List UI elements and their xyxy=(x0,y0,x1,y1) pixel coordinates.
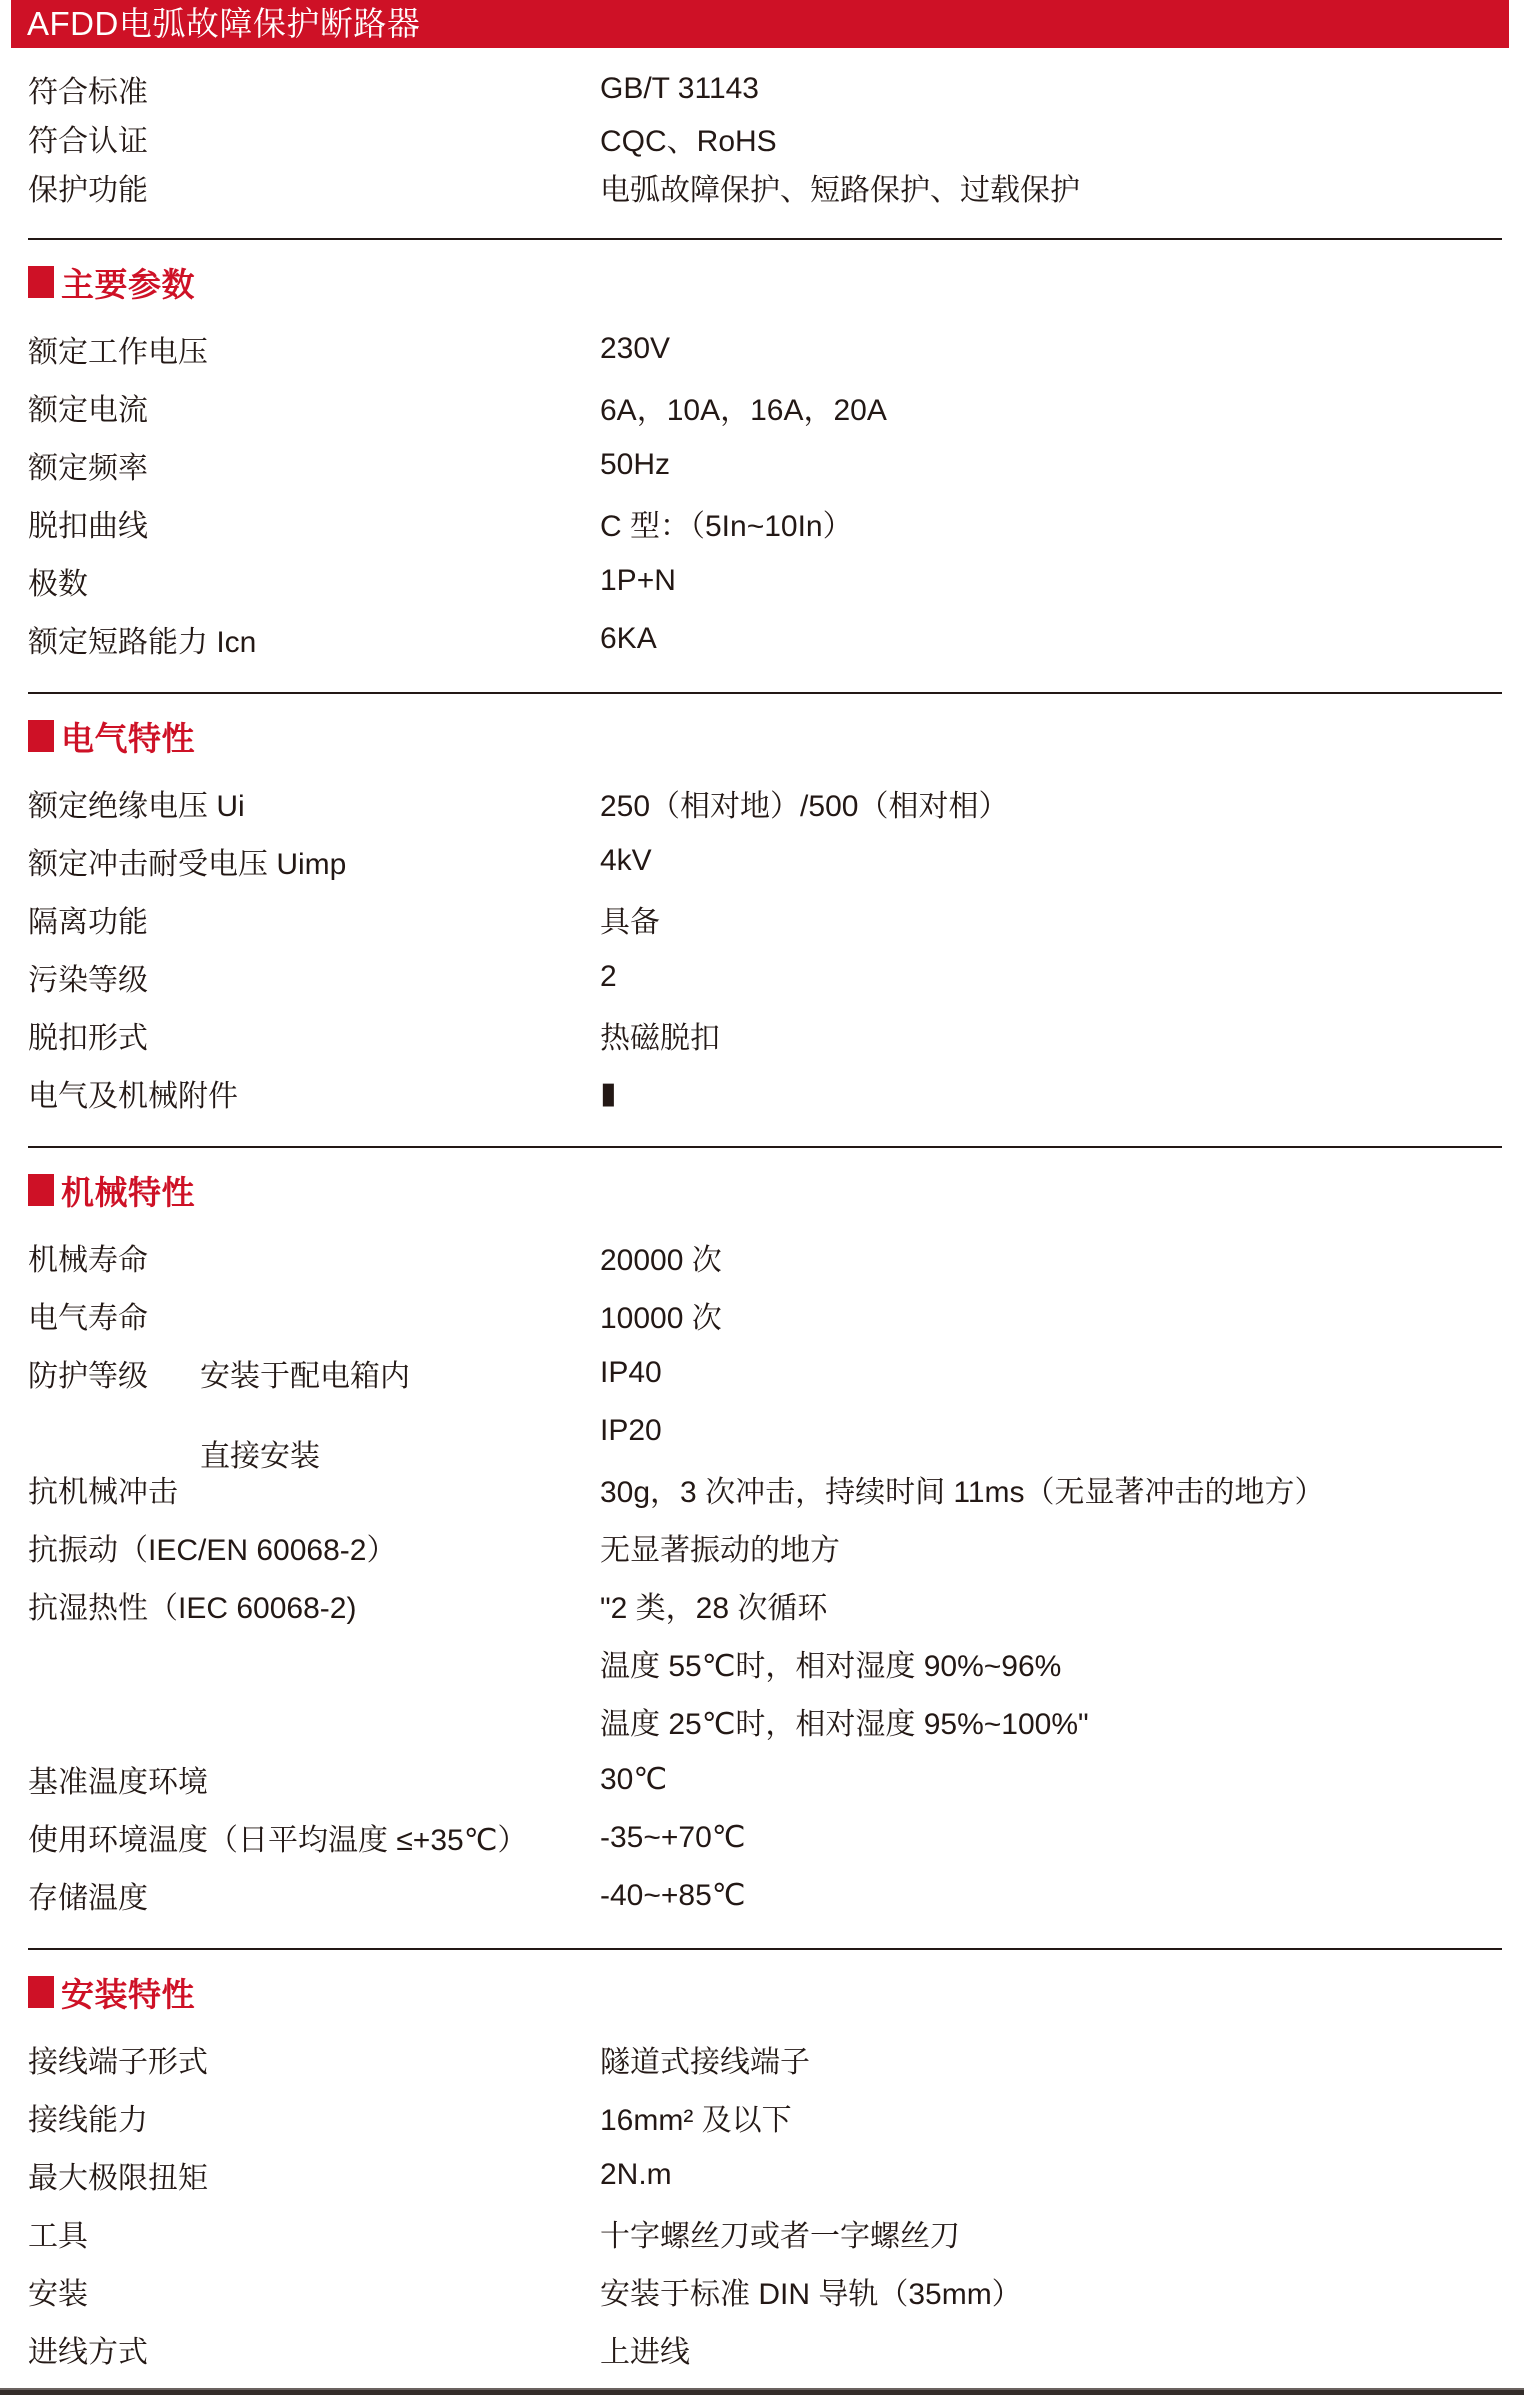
spec-value: 30℃ xyxy=(600,1762,1502,1797)
spec-value: 1P+N xyxy=(600,564,1502,598)
spec-row: 符合认证 CQC、RoHS xyxy=(28,113,1502,162)
spec-value: GB/T 31143 xyxy=(600,72,1502,106)
spec-label: 脱扣形式 xyxy=(28,1013,600,1057)
spec-sheet: AFDD电弧故障保护断路器 符合标准 GB/T 31143 符合认证 CQC、R… xyxy=(0,0,1524,2395)
spec-label: 额定绝缘电压 Ui xyxy=(28,781,600,825)
spec-row: 抗机械冲击 30g，3 次冲击，持续时间 11ms（无显著冲击的地方） xyxy=(28,1460,1502,1518)
spec-label: 接线端子形式 xyxy=(28,2037,600,2081)
section-title: 电气特性 xyxy=(28,718,1502,754)
section-title-text: 机械特性 xyxy=(61,1167,195,1214)
spec-row: 机械寿命 20000 次 xyxy=(28,1228,1502,1286)
spec-label: 污染等级 xyxy=(28,955,600,999)
spec-sublabel: 安装于配电箱内 xyxy=(200,1351,410,1395)
spec-row: 隔离功能 具备 xyxy=(28,890,1502,948)
divider xyxy=(28,238,1502,240)
header-bar: AFDD电弧故障保护断路器 xyxy=(11,0,1509,48)
spec-value: 十字螺丝刀或者一字螺丝刀 xyxy=(600,2211,1502,2255)
spec-row: 额定绝缘电压 Ui 250（相对地）/500（相对相） xyxy=(28,774,1502,832)
spec-value: 温度 25℃时，相对湿度 95%~100%" xyxy=(600,1699,1502,1743)
spec-value: 电弧故障保护、短路保护、过载保护 xyxy=(600,165,1502,209)
spec-row: 基准温度环境 30℃ xyxy=(28,1750,1502,1808)
spec-label: 额定短路能力 Icn xyxy=(28,617,600,661)
spec-label: 抗振动（IEC/EN 60068-2） xyxy=(28,1525,600,1569)
spec-label: 隔离功能 xyxy=(28,897,600,941)
section-electrical: 电气特性 额定绝缘电压 Ui 250（相对地）/500（相对相） 额定冲击耐受电… xyxy=(28,692,1502,1122)
spec-label: 抗机械冲击 xyxy=(28,1467,600,1511)
section-title: 安装特性 xyxy=(28,1974,1502,2010)
section-bullet-icon xyxy=(28,1976,54,2008)
spec-value: -40~+85℃ xyxy=(600,1878,1502,1913)
spec-value: 10000 次 xyxy=(600,1293,1502,1337)
spec-value: -35~+70℃ xyxy=(600,1820,1502,1855)
spec-label: 电气寿命 xyxy=(28,1293,600,1337)
spec-value: CQC、RoHS xyxy=(600,116,1502,160)
spec-value: 230V xyxy=(600,332,1502,366)
spec-label: 电气及机械附件 xyxy=(28,1071,600,1115)
section-mechanical: 机械特性 机械寿命 20000 次 电气寿命 10000 次 防护等级安装于配电… xyxy=(28,1146,1502,1924)
divider xyxy=(28,692,1502,694)
spec-row: 安装 安装于标准 DIN 导轨（35mm） xyxy=(28,2262,1502,2320)
spec-label: 机械寿命 xyxy=(28,1235,600,1279)
spec-row: 脱扣形式 热磁脱扣 xyxy=(28,1006,1502,1064)
spec-row: 污染等级 2 xyxy=(28,948,1502,1006)
spec-value: 30g，3 次冲击，持续时间 11ms（无显著冲击的地方） xyxy=(600,1467,1502,1511)
spec-label: 安装 xyxy=(28,2269,600,2313)
spec-row: 温度 55℃时，相对湿度 90%~96% xyxy=(28,1634,1502,1692)
section-bullet-icon xyxy=(28,1174,54,1206)
spec-label: 脱扣曲线 xyxy=(28,501,600,545)
section-title-text: 主要参数 xyxy=(61,259,195,306)
spec-row: 直接安装 IP20 xyxy=(28,1402,1502,1460)
section-bullet-icon xyxy=(28,266,54,298)
spec-row: 符合标准 GB/T 31143 xyxy=(28,64,1502,113)
spec-value: 上进线 xyxy=(600,2327,1502,2371)
section-title: 机械特性 xyxy=(28,1172,1502,1208)
spec-row: 电气及机械附件 ▮ xyxy=(28,1064,1502,1122)
spec-row: 额定冲击耐受电压 Uimp 4kV xyxy=(28,832,1502,890)
spec-body: 符合标准 GB/T 31143 符合认证 CQC、RoHS 保护功能 电弧故障保… xyxy=(28,48,1502,2378)
spec-label: 使用环境温度（日平均温度 ≤+35℃） xyxy=(28,1815,600,1859)
spec-row: 最大极限扭矩 2N.m xyxy=(28,2146,1502,2204)
spec-value: IP20 xyxy=(600,1414,1502,1448)
spec-row: 额定电流 6A，10A，16A，20A xyxy=(28,378,1502,436)
spec-value: 安装于标准 DIN 导轨（35mm） xyxy=(600,2269,1502,2313)
spec-row: 存储温度 -40~+85℃ xyxy=(28,1866,1502,1924)
section-title-text: 安装特性 xyxy=(61,1969,195,2016)
spec-label: 抗湿热性（IEC 60068-2) xyxy=(28,1583,600,1627)
spec-row: 抗振动（IEC/EN 60068-2） 无显著振动的地方 xyxy=(28,1518,1502,1576)
spec-value: 6A，10A，16A，20A xyxy=(600,385,1502,429)
spec-row: 使用环境温度（日平均温度 ≤+35℃） -35~+70℃ xyxy=(28,1808,1502,1866)
spec-label: 额定频率 xyxy=(28,443,600,487)
black-square-mark: ▮ xyxy=(600,1076,1502,1111)
spec-row: 脱扣曲线 C 型：（5In~10In） xyxy=(28,494,1502,552)
spec-row: 防护等级安装于配电箱内 IP40 xyxy=(28,1344,1502,1402)
spec-value: 50Hz xyxy=(600,448,1502,482)
spec-row: 保护功能 电弧故障保护、短路保护、过载保护 xyxy=(28,162,1502,211)
spec-label: 极数 xyxy=(28,559,600,603)
divider xyxy=(28,1948,1502,1950)
spec-value: 2 xyxy=(600,960,1502,994)
spec-label: 保护功能 xyxy=(28,165,600,209)
spec-value: 16mm² 及以下 xyxy=(600,2095,1502,2139)
section-main-parameters: 主要参数 额定工作电压 230V 额定电流 6A，10A，16A，20A 额定频… xyxy=(28,238,1502,668)
divider xyxy=(28,1146,1502,1148)
spec-row: 接线端子形式 隧道式接线端子 xyxy=(28,2030,1502,2088)
spec-value: 2N.m xyxy=(600,2158,1502,2192)
spec-label: 防护等级安装于配电箱内 xyxy=(28,1351,600,1395)
spec-row: 工具 十字螺丝刀或者一字螺丝刀 xyxy=(28,2204,1502,2262)
spec-label: 额定冲击耐受电压 Uimp xyxy=(28,839,600,883)
spec-row: 额定工作电压 230V xyxy=(28,320,1502,378)
spec-label: 符合认证 xyxy=(28,116,600,160)
spec-value: 热磁脱扣 xyxy=(600,1013,1502,1057)
spec-value: 250（相对地）/500（相对相） xyxy=(600,781,1502,825)
spec-row: 额定短路能力 Icn 6KA xyxy=(28,610,1502,668)
spec-value: 温度 55℃时，相对湿度 90%~96% xyxy=(600,1641,1502,1685)
spec-label: 额定电流 xyxy=(28,385,600,429)
spec-label-main: 防护等级 xyxy=(28,1360,148,1393)
spec-row: 额定频率 50Hz xyxy=(28,436,1502,494)
spec-row: 进线方式 上进线 xyxy=(28,2320,1502,2378)
spec-value: 20000 次 xyxy=(600,1235,1502,1279)
section-title-text: 电气特性 xyxy=(61,713,195,760)
spec-value: "2 类，28 次循环 xyxy=(600,1583,1502,1627)
spec-value: 具备 xyxy=(600,897,1502,941)
spec-label: 符合标准 xyxy=(28,67,600,111)
footer-bar xyxy=(0,2388,1524,2395)
spec-label: 接线能力 xyxy=(28,2095,600,2139)
spec-row: 电气寿命 10000 次 xyxy=(28,1286,1502,1344)
spec-row: 抗湿热性（IEC 60068-2) "2 类，28 次循环 xyxy=(28,1576,1502,1634)
page-title: AFDD电弧故障保护断路器 xyxy=(27,5,420,42)
spec-value: 无显著振动的地方 xyxy=(600,1525,1502,1569)
spec-value: 隧道式接线端子 xyxy=(600,2037,1502,2081)
section-title: 主要参数 xyxy=(28,264,1502,300)
spec-label: 基准温度环境 xyxy=(28,1757,600,1801)
spec-label: 额定工作电压 xyxy=(28,327,600,371)
spec-value: 6KA xyxy=(600,622,1502,656)
spec-row: 极数 1P+N xyxy=(28,552,1502,610)
spec-label: 最大极限扭矩 xyxy=(28,2153,600,2197)
intro-block: 符合标准 GB/T 31143 符合认证 CQC、RoHS 保护功能 电弧故障保… xyxy=(28,48,1502,211)
spec-label: 存储温度 xyxy=(28,1873,600,1917)
section-installation: 安装特性 接线端子形式 隧道式接线端子 接线能力 16mm² 及以下 最大极限扭… xyxy=(28,1948,1502,2378)
spec-value: 4kV xyxy=(600,844,1502,878)
section-bullet-icon xyxy=(28,720,54,752)
spec-row: 温度 25℃时，相对湿度 95%~100%" xyxy=(28,1692,1502,1750)
spec-label: 进线方式 xyxy=(28,2327,600,2371)
spec-label: 工具 xyxy=(28,2211,600,2255)
spec-value: IP40 xyxy=(600,1356,1502,1390)
spec-row: 接线能力 16mm² 及以下 xyxy=(28,2088,1502,2146)
spec-value: C 型：（5In~10In） xyxy=(600,501,1502,545)
